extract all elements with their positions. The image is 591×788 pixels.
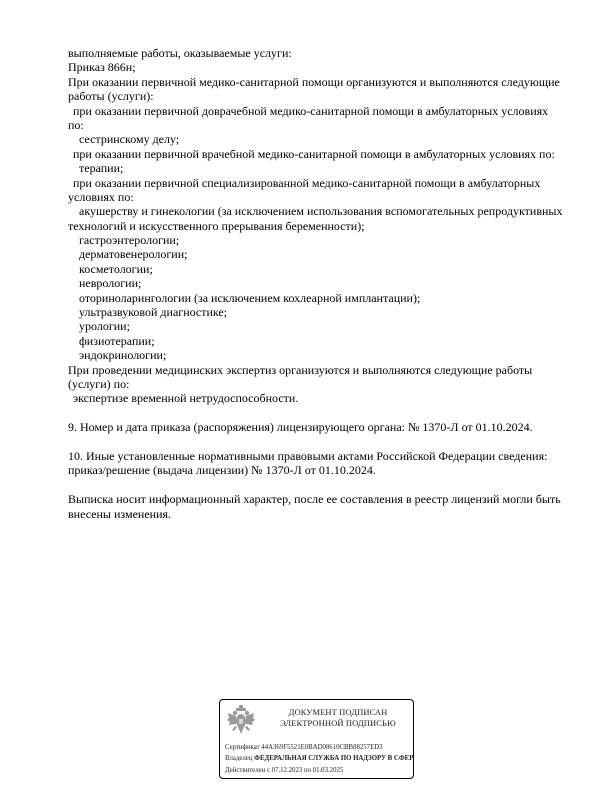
document-line: урологии; bbox=[68, 319, 568, 333]
document-body: выполняемые работы, оказываемые услуги:П… bbox=[68, 46, 568, 521]
blank-line bbox=[68, 478, 568, 492]
electronic-signature-stamp: ДОКУМЕНТ ПОДПИСАН ЭЛЕКТРОННОЙ ПОДПИСЬЮ С… bbox=[219, 699, 414, 779]
document-line: условиях по: bbox=[68, 190, 568, 204]
document-line: при оказании первичной специализированно… bbox=[68, 176, 568, 190]
stamp-owner: Владелец ФЕДЕРАЛЬНАЯ СЛУЖБА ПО НАДЗОРУ В… bbox=[225, 753, 414, 764]
document-line: при оказании первичной доврачебной медик… bbox=[68, 104, 568, 118]
document-line: гастроэнтерологии; bbox=[68, 233, 568, 247]
document-line: экспертизе временной нетрудоспособности. bbox=[68, 391, 568, 405]
document-line: по: bbox=[68, 118, 568, 132]
document-line: 9. Номер и дата приказа (распоряжения) л… bbox=[68, 420, 568, 434]
stamp-certificate: Сертификат 44A369F5521E0BAD08610CBB88257… bbox=[225, 742, 414, 753]
stamp-title-line1: ДОКУМЕНТ ПОДПИСАН bbox=[266, 707, 410, 718]
document-line: физиотерапии; bbox=[68, 334, 568, 348]
document-line: при оказании первичной врачебной медико-… bbox=[68, 147, 568, 161]
document-line: дерматовенерологии; bbox=[68, 247, 568, 261]
stamp-title: ДОКУМЕНТ ПОДПИСАН ЭЛЕКТРОННОЙ ПОДПИСЬЮ bbox=[266, 707, 410, 729]
document-line: работы (услуги): bbox=[68, 89, 568, 103]
document-line: 10. Иные установленные нормативными прав… bbox=[68, 449, 568, 463]
document-line: Выписка носит информационный характер, п… bbox=[68, 492, 568, 506]
certificate-value: 44A369F5521E0BAD08610CBB88257ED3 bbox=[261, 744, 382, 751]
document-line: акушерству и гинекологии (за исключением… bbox=[68, 204, 568, 218]
owner-value: ФЕДЕРАЛЬНАЯ СЛУЖБА ПО НАДЗОРУ В СФЕРЕ ЗД… bbox=[254, 755, 414, 762]
document-line: (услуги) по: bbox=[68, 377, 568, 391]
owner-label: Владелец bbox=[225, 755, 252, 762]
stamp-validity: Действителен с 07.12.2023 по 01.03.2025 bbox=[225, 765, 414, 776]
certificate-label: Сертификат bbox=[225, 744, 260, 751]
blank-line bbox=[68, 406, 568, 420]
coat-of-arms-emblem-icon bbox=[226, 704, 256, 736]
document-line: ультразвуковой диагностике; bbox=[68, 305, 568, 319]
document-line: Приказ 866н; bbox=[68, 60, 568, 74]
blank-line bbox=[68, 435, 568, 449]
stamp-info: Сертификат 44A369F5521E0BAD08610CBB88257… bbox=[225, 742, 414, 776]
stamp-title-line2: ЭЛЕКТРОННОЙ ПОДПИСЬЮ bbox=[266, 718, 410, 729]
document-line: выполняемые работы, оказываемые услуги: bbox=[68, 46, 568, 60]
document-line: оториноларингологии (за исключением кохл… bbox=[68, 291, 568, 305]
document-line: приказ/решение (выдача лицензии) № 1370-… bbox=[68, 463, 568, 477]
document-line: При проведении медицинских экспертиз орг… bbox=[68, 363, 568, 377]
document-line: внесены изменения. bbox=[68, 507, 568, 521]
document-line: сестринскому делу; bbox=[68, 132, 568, 146]
document-line: косметологии; bbox=[68, 262, 568, 276]
document-line: терапии; bbox=[68, 161, 568, 175]
document-line: неврологии; bbox=[68, 276, 568, 290]
document-line: эндокринологии; bbox=[68, 348, 568, 362]
document-line: При оказании первичной медико-санитарной… bbox=[68, 75, 568, 89]
document-line: технологий и искусственного прерывания б… bbox=[68, 219, 568, 233]
